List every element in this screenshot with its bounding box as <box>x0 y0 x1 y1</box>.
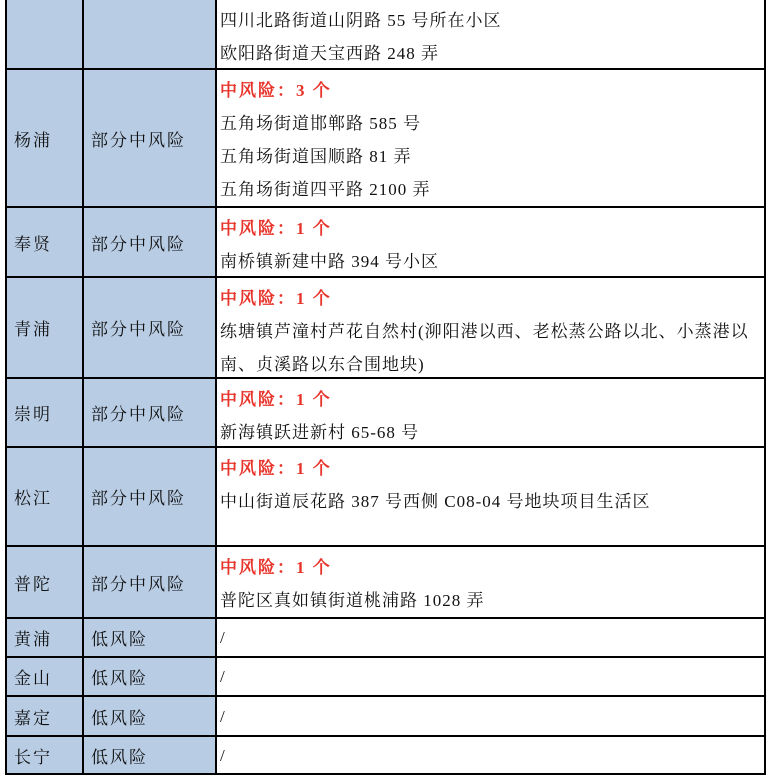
empty-placeholder: / <box>220 700 226 733</box>
district-cell: 黄浦 <box>7 619 84 656</box>
empty-placeholder: / <box>220 621 226 654</box>
district-cell: 普陀 <box>7 547 84 617</box>
page-canvas: 四川北路街道山阴路 55 号所在小区欧阳路街道天宝西路 248 弄 杨浦 部分中… <box>0 0 774 778</box>
table-row: 四川北路街道山阴路 55 号所在小区欧阳路街道天宝西路 248 弄 <box>7 0 764 68</box>
table-row: 嘉定 低风险 / <box>7 695 764 735</box>
risk-level-cell: 低风险 <box>84 658 217 695</box>
district-label: 黄浦 <box>14 625 52 650</box>
address-line: 新海镇跃进新村 65-68 号 <box>220 416 754 446</box>
table-row: 普陀 部分中风险 中风险：1 个普陀区真如镇街道桃浦路 1028 弄 <box>7 545 764 617</box>
district-label: 嘉定 <box>14 704 52 729</box>
district-cell <box>7 0 84 68</box>
address-line: 普陀区真如镇街道桃浦路 1028 弄 <box>220 584 754 617</box>
risk-level-label: 部分中风险 <box>91 126 186 151</box>
risk-count-label: 中风险：1 个 <box>220 452 754 485</box>
risk-level-label: 部分中风险 <box>91 484 186 509</box>
district-cell: 崇明 <box>7 379 84 446</box>
empty-placeholder: / <box>220 660 226 693</box>
details-cell: / <box>217 737 764 773</box>
risk-level-cell: 低风险 <box>84 737 217 773</box>
district-cell: 杨浦 <box>7 70 84 206</box>
risk-level-cell <box>84 0 217 68</box>
table-row: 杨浦 部分中风险 中风险：3 个五角场街道邯郸路 585 号五角场街道国顺路 8… <box>7 68 764 206</box>
district-cell: 松江 <box>7 448 84 545</box>
risk-level-cell: 部分中风险 <box>84 70 217 206</box>
risk-count-label: 中风险：1 个 <box>220 383 754 416</box>
risk-level-cell: 部分中风险 <box>84 278 217 377</box>
table-row: 青浦 部分中风险 中风险：1 个练塘镇芦潼村芦花自然村(泖阳港以西、老松蒸公路以… <box>7 276 764 377</box>
district-label: 普陀 <box>14 570 52 595</box>
risk-level-cell: 部分中风险 <box>84 448 217 545</box>
address-line: 中山街道辰花路 387 号西侧 C08-04 号地块项目生活区 <box>220 485 754 518</box>
district-label: 青浦 <box>14 315 52 340</box>
details-cell: 中风险：1 个练塘镇芦潼村芦花自然村(泖阳港以西、老松蒸公路以北、小蒸港以南、贞… <box>217 278 764 377</box>
address-line: 五角场街道四平路 2100 弄 <box>220 173 754 206</box>
risk-level-label: 低风险 <box>91 704 148 729</box>
district-label: 金山 <box>14 664 52 689</box>
risk-level-label: 部分中风险 <box>91 570 186 595</box>
risk-level-cell: 部分中风险 <box>84 379 217 446</box>
table-row: 奉贤 部分中风险 中风险：1 个南桥镇新建中路 394 号小区 <box>7 206 764 276</box>
table-row: 崇明 部分中风险 中风险：1 个新海镇跃进新村 65-68 号 <box>7 377 764 446</box>
table-row: 金山 低风险 / <box>7 656 764 695</box>
risk-level-cell: 部分中风险 <box>84 208 217 276</box>
risk-level-label: 低风险 <box>91 664 148 689</box>
risk-count-label: 中风险：3 个 <box>220 74 754 107</box>
details-cell: / <box>217 697 764 735</box>
risk-count-label: 中风险：1 个 <box>220 212 754 245</box>
district-cell: 长宁 <box>7 737 84 773</box>
district-cell: 嘉定 <box>7 697 84 735</box>
details-cell: 中风险：1 个普陀区真如镇街道桃浦路 1028 弄 <box>217 547 764 617</box>
details-cell: 四川北路街道山阴路 55 号所在小区欧阳路街道天宝西路 248 弄 <box>217 0 764 68</box>
address-line: 四川北路街道山阴路 55 号所在小区 <box>220 4 754 37</box>
risk-level-label: 低风险 <box>91 743 148 768</box>
details-cell: 中风险：1 个新海镇跃进新村 65-68 号 <box>217 379 764 446</box>
risk-level-label: 部分中风险 <box>91 315 186 340</box>
address-line: 南桥镇新建中路 394 号小区 <box>220 245 754 276</box>
address-line: 五角场街道国顺路 81 弄 <box>220 140 754 173</box>
details-cell: 中风险：1 个中山街道辰花路 387 号西侧 C08-04 号地块项目生活区 <box>217 448 764 545</box>
district-label: 松江 <box>14 484 52 509</box>
table-row: 黄浦 低风险 / <box>7 617 764 656</box>
details-cell: / <box>217 658 764 695</box>
risk-level-cell: 低风险 <box>84 619 217 656</box>
address-line: 五角场街道邯郸路 585 号 <box>220 107 754 140</box>
details-cell: / <box>217 619 764 656</box>
details-cell: 中风险：1 个南桥镇新建中路 394 号小区 <box>217 208 764 276</box>
address-line: 练塘镇芦潼村芦花自然村(泖阳港以西、老松蒸公路以北、小蒸港以南、贞溪路以东合围地… <box>220 315 754 377</box>
address-line: 欧阳路街道天宝西路 248 弄 <box>220 37 754 68</box>
risk-level-label: 部分中风险 <box>91 400 186 425</box>
risk-level-cell: 低风险 <box>84 697 217 735</box>
district-cell: 青浦 <box>7 278 84 377</box>
district-cell: 奉贤 <box>7 208 84 276</box>
table-row: 松江 部分中风险 中风险：1 个中山街道辰花路 387 号西侧 C08-04 号… <box>7 446 764 545</box>
district-label: 奉贤 <box>14 230 52 255</box>
district-label: 长宁 <box>14 743 52 768</box>
risk-level-label: 低风险 <box>91 625 148 650</box>
district-label: 杨浦 <box>14 126 52 151</box>
risk-count-label: 中风险：1 个 <box>220 282 754 315</box>
table-row: 长宁 低风险 / <box>7 735 764 773</box>
details-cell: 中风险：3 个五角场街道邯郸路 585 号五角场街道国顺路 81 弄五角场街道四… <box>217 70 764 206</box>
risk-level-label: 部分中风险 <box>91 230 186 255</box>
district-label: 崇明 <box>14 400 52 425</box>
risk-count-label: 中风险：1 个 <box>220 551 754 584</box>
empty-placeholder: / <box>220 739 226 772</box>
risk-area-table: 四川北路街道山阴路 55 号所在小区欧阳路街道天宝西路 248 弄 杨浦 部分中… <box>5 0 766 775</box>
district-cell: 金山 <box>7 658 84 695</box>
risk-level-cell: 部分中风险 <box>84 547 217 617</box>
